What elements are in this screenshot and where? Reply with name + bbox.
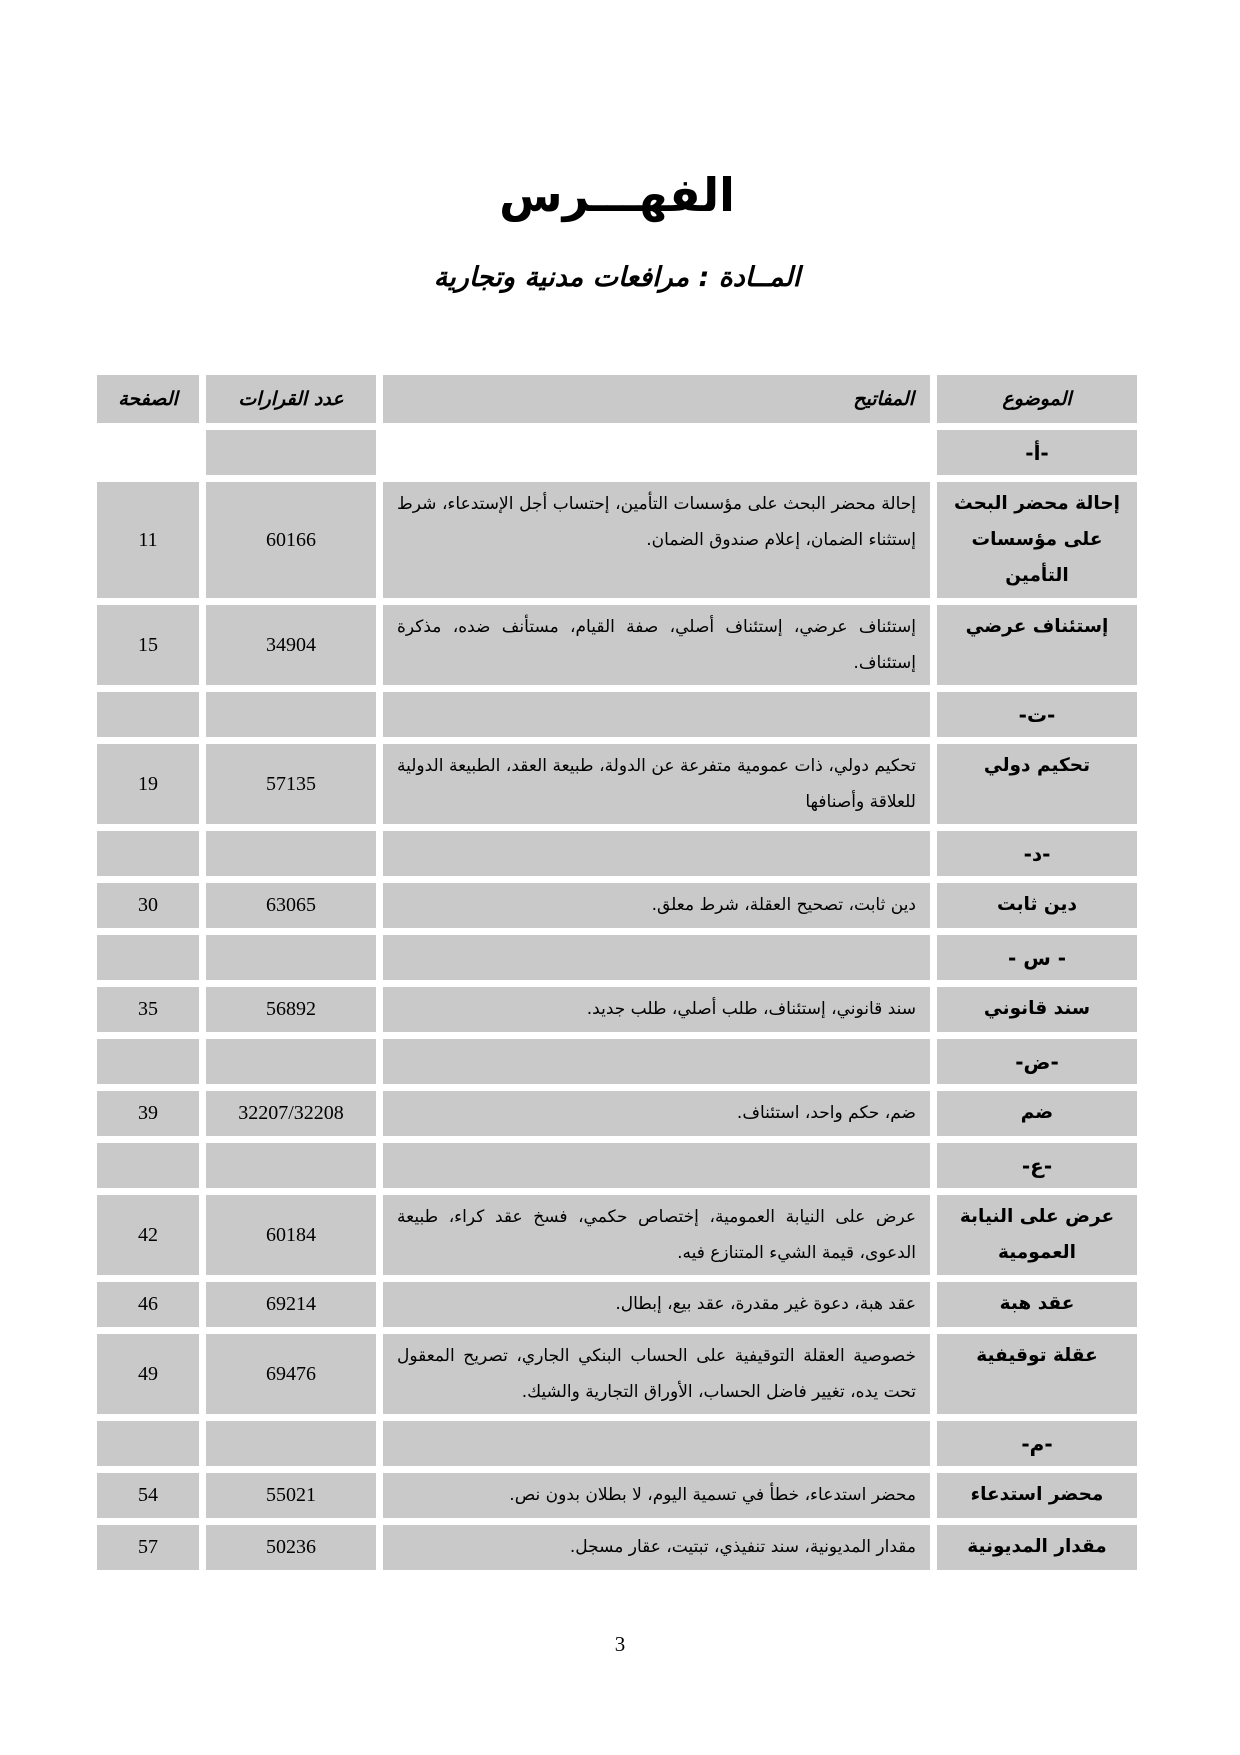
page-cell: 49 [97, 1334, 199, 1414]
subject-cell: إستئناف عرضي [937, 605, 1137, 685]
letter-page-cell [97, 831, 199, 876]
decisions-cell: 57135 [206, 744, 376, 824]
keys-cell: إحالة محضر البحث على مؤسسات التأمين، إحت… [383, 482, 930, 598]
subject-cell: سند قانوني [937, 987, 1137, 1032]
page-cell: 57 [97, 1525, 199, 1570]
keys-cell: عرض على النيابة العمومية، إختصاص حكمي، ف… [383, 1195, 930, 1275]
page-cell: 54 [97, 1473, 199, 1518]
letter-decisions-cell [206, 430, 376, 475]
page-cell: 11 [97, 482, 199, 598]
keys-cell: سند قانوني، إستئناف، طلب أصلي، طلب جديد. [383, 987, 930, 1032]
subject-cell: مقدار المديونية [937, 1525, 1137, 1570]
keys-cell: خصوصية العقلة التوقيفية على الحساب البنك… [383, 1334, 930, 1414]
letter-decisions-cell [206, 831, 376, 876]
letter-page-cell [97, 692, 199, 737]
subject-cell: ضم [937, 1091, 1137, 1136]
keys-cell: إستئناف عرضي، إستئناف أصلي، صفة القيام، … [383, 605, 930, 685]
letter-keys-cell [383, 692, 930, 737]
page-cell: 19 [97, 744, 199, 824]
decisions-cell: 63065 [206, 883, 376, 928]
keys-cell: محضر استدعاء، خطأ في تسمية اليوم، لا بطل… [383, 1473, 930, 1518]
page-cell: 30 [97, 883, 199, 928]
subject-cell: دين ثابت [937, 883, 1137, 928]
letter-divider-cell: -ض- [937, 1039, 1137, 1084]
subject-cell: إحالة محضر البحث على مؤسسات التأمين [937, 482, 1137, 598]
decisions-cell: 50236 [206, 1525, 376, 1570]
page-cell: 46 [97, 1282, 199, 1327]
subject-cell: عقد هبة [937, 1282, 1137, 1327]
decisions-cell: 34904 [206, 605, 376, 685]
subject-cell: عرض على النيابة العمومية [937, 1195, 1137, 1275]
toc-table: الموضوع المفاتيح عدد القرارات الصفحة -أ-… [97, 375, 1137, 1570]
letter-decisions-cell [206, 1421, 376, 1466]
decisions-cell: 55021 [206, 1473, 376, 1518]
keys-cell: دين ثابت، تصحيح العقلة، شرط معلق. [383, 883, 930, 928]
letter-keys-cell [383, 1421, 930, 1466]
letter-divider-cell: -ع- [937, 1143, 1137, 1188]
decisions-cell: 32207/32208 [206, 1091, 376, 1136]
subject-cell: عقلة توقيفية [937, 1334, 1137, 1414]
letter-divider-cell: -ت- [937, 692, 1137, 737]
letter-page-cell [97, 935, 199, 980]
letter-keys-cell [383, 935, 930, 980]
letter-decisions-cell [206, 1039, 376, 1084]
keys-cell: ضم، حكم واحد، استئناف. [383, 1091, 930, 1136]
page-title: الفهـــرس [97, 168, 1137, 222]
subject-cell: تحكيم دولي [937, 744, 1137, 824]
letter-page-cell [97, 430, 199, 475]
decisions-cell: 69476 [206, 1334, 376, 1414]
decisions-cell: 60166 [206, 482, 376, 598]
letter-divider-cell: -د- [937, 831, 1137, 876]
letter-keys-cell [383, 831, 930, 876]
keys-cell: مقدار المديونية، سند تنفيذي، تبتيت، عقار… [383, 1525, 930, 1570]
letter-divider-cell: -أ- [937, 430, 1137, 475]
page-cell: 42 [97, 1195, 199, 1275]
letter-decisions-cell [206, 692, 376, 737]
header-keys: المفاتيح [383, 375, 930, 423]
letter-page-cell [97, 1421, 199, 1466]
subject-cell: محضر استدعاء [937, 1473, 1137, 1518]
page-cell: 15 [97, 605, 199, 685]
letter-page-cell [97, 1143, 199, 1188]
letter-decisions-cell [206, 1143, 376, 1188]
page-cell: 39 [97, 1091, 199, 1136]
header-subject: الموضوع [937, 375, 1137, 423]
header-page: الصفحة [97, 375, 199, 423]
letter-page-cell [97, 1039, 199, 1084]
document-page: الفهـــرس المــادة : مرافعات مدنية وتجار… [0, 0, 1240, 1755]
letter-divider-cell: - س - [937, 935, 1137, 980]
letter-keys-cell [383, 1143, 930, 1188]
letter-keys-cell [383, 1039, 930, 1084]
decisions-cell: 60184 [206, 1195, 376, 1275]
letter-divider-cell: -م- [937, 1421, 1137, 1466]
page-number-footer: 3 [0, 1632, 1240, 1657]
keys-cell: تحكيم دولي، ذات عمومية متفرعة عن الدولة،… [383, 744, 930, 824]
keys-cell: عقد هبة، دعوة غير مقدرة، عقد بيع، إبطال. [383, 1282, 930, 1327]
letter-keys-cell [383, 430, 930, 475]
decisions-cell: 69214 [206, 1282, 376, 1327]
page-subtitle: المــادة : مرافعات مدنية وتجارية [97, 262, 1137, 293]
header-decisions: عدد القرارات [206, 375, 376, 423]
page-cell: 35 [97, 987, 199, 1032]
letter-decisions-cell [206, 935, 376, 980]
decisions-cell: 56892 [206, 987, 376, 1032]
